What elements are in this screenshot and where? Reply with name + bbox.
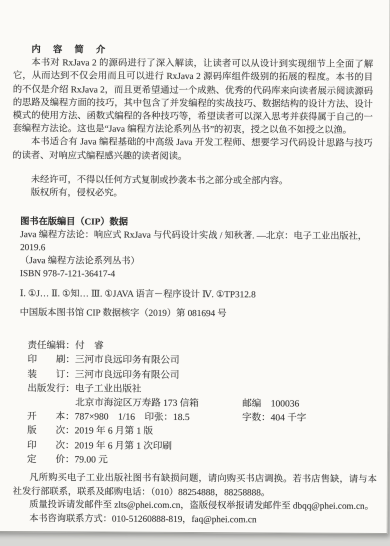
consult-contact-line: 本书咨询联系方式：010-51260888-819，faq@phei.com.c…: [13, 512, 377, 527]
row-value: 付 睿: [75, 342, 104, 352]
row-value: 电子工业出版社: [75, 384, 142, 394]
row-label: 装 订：: [27, 370, 75, 380]
cip-title-line: Java 编程方法论：响应式 RxJava 与代码设计实战 / 知秋著. —北京…: [20, 228, 372, 256]
purchase-note-line: 凡所购买电子工业出版社图书有缺损问题，请向购买书店调换。若书店售缺，请与本社发行…: [13, 471, 377, 500]
row-label: 定 价：: [27, 455, 75, 465]
copyright-notice-line-2: 版权所有，侵权必究。: [12, 186, 372, 201]
row-value: 787×980 1/16 印张：18.5: [75, 413, 190, 424]
summary-paragraph-2: 本书适合有 Java 编程基础的中高级 Java 开发工程师、想要学习代码设计思…: [13, 135, 373, 163]
row-value: 2019 年 6 月第 1 次印刷: [75, 441, 172, 452]
contact-notes-section: 凡所购买电子工业出版社图书有缺损问题，请向购买书店调换。若书店售缺，请与本社发行…: [13, 471, 377, 527]
summary-paragraph-1: 本书对 RxJava 2 的源码进行了深入解读，让读者可以从设计到实现细节上全面…: [13, 56, 373, 137]
cip-data-section: 图书在版编目（CIP）数据 Java 编程方法论：响应式 RxJava 与代码设…: [20, 215, 373, 321]
publication-info-section: 责任编辑：付 睿 印 刷：三河市良远印务有限公司 装 订：三河市良远印务有限公司…: [27, 339, 372, 469]
row-value: 三河市良远印务有限公司: [75, 370, 180, 381]
postal-code: 邮编 100036: [242, 397, 299, 412]
cip-isbn-line: ISBN 978-7-121-36417-4: [20, 267, 372, 282]
cip-record-line: 中国版本图书馆 CIP 数据核字（2019）第 081694 号: [20, 306, 372, 321]
row-label: 印 刷：: [27, 356, 75, 366]
cip-classification-line: Ⅰ. ①J… Ⅱ. ①知… Ⅲ. ①JAVA 语言－程序设计 Ⅳ. ①TP312…: [20, 287, 372, 302]
row-value: 北京市海淀区万寿路 173 信箱: [75, 398, 199, 409]
row-value: 79.00 元: [74, 455, 107, 465]
row-label: 责任编辑：: [28, 341, 76, 351]
row-label: 出版发行：: [27, 384, 75, 394]
row-label: 开 本：: [27, 412, 75, 422]
complaint-note-line: 质量投诉请发邮件至 zlts@phei.com.cn，盗版侵权举报请发邮件至 d…: [13, 498, 377, 513]
row-label: 印 次：: [27, 441, 75, 451]
row-value: 2019 年 6 月第 1 版: [75, 427, 153, 437]
content-summary-section: 内 容 简 介 本书对 RxJava 2 的源码进行了深入解读，让读者可以从设计…: [12, 43, 373, 201]
copyright-notice: 未经许可，不得以任何方式复制或抄袭本书之部分或全部内容。 版权所有，侵权必究。: [12, 173, 372, 201]
colophon-row-price: 定 价：79.00 元: [27, 453, 371, 469]
row-value: 三河市良远印务有限公司: [75, 356, 180, 367]
word-count: 字数：404 千字: [242, 412, 306, 427]
copyright-page: 内 容 简 介 本书对 RxJava 2 的源码进行了深入解读，让读者可以从设计…: [0, 0, 390, 534]
scan-background: 内 容 简 介 本书对 RxJava 2 的源码进行了深入解读，让读者可以从设计…: [0, 0, 390, 546]
page-content: 内 容 简 介 本书对 RxJava 2 的源码进行了深入解读，让读者可以从设计…: [0, 0, 389, 527]
row-label: 版 次：: [27, 427, 75, 437]
